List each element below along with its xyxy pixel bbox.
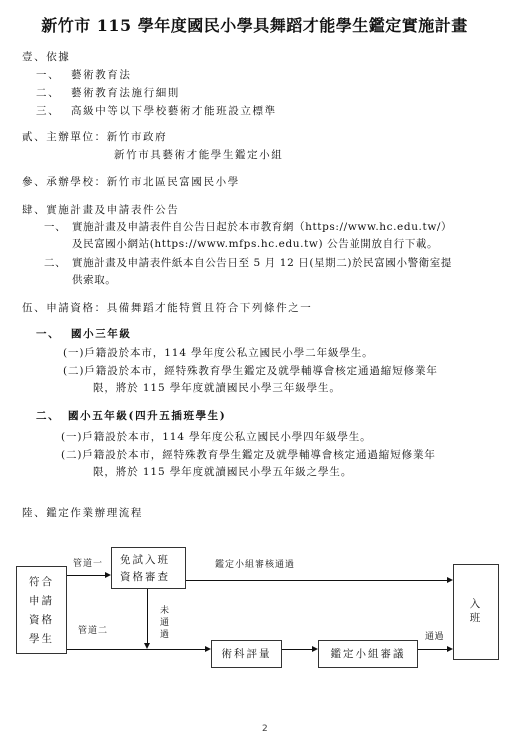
- section-1-item-3-num: 三、: [36, 104, 60, 118]
- flow-node-applicant: 符合 申請 資格 學生: [16, 566, 67, 654]
- flow-label-channel-one: 管道一: [73, 556, 103, 569]
- flow-node-applicant-line-3: 資格: [29, 611, 54, 630]
- flow-node-applicant-line-4: 學生: [29, 630, 54, 649]
- section-5-group-1-item-2-line-2: 限，將於 115 學年度就讀國民小學三年級學生。: [93, 381, 341, 395]
- flow-label-not-passed-char-3: 過: [160, 629, 170, 641]
- flow-node-committee-review-label: 鑑定小組審議: [331, 648, 406, 660]
- flow-label-not-passed-char-2: 通: [160, 617, 170, 629]
- flow-edge-review-pass: [186, 580, 447, 581]
- flow-edge-not-passed: [147, 589, 148, 643]
- section-4-item-1-num: 一、: [44, 220, 66, 234]
- flow-node-admission: 入 班: [453, 564, 499, 660]
- section-5-group-2-item-2-line-2: 限，將於 115 學年度就讀國民小學五年級之學生。: [93, 465, 352, 479]
- section-1-item-2-num: 二、: [36, 86, 60, 100]
- section-5-group-1-item-1: (一)戶籍設於本市，114 學年度公私立國民小學二年級學生。: [63, 346, 374, 360]
- section-4-item-1-line-1: 實施計畫及申請表件自公告日起於本市教育網（https://www.hc.edu.…: [72, 220, 452, 234]
- flow-node-exempt-screening: 免試入班 資格審查: [111, 547, 186, 589]
- page-number: 2: [262, 724, 268, 734]
- section-5-group-2-title: 國小五年級(四升五插班學生): [68, 409, 226, 423]
- flow-node-applicant-line-1: 符合: [29, 573, 54, 592]
- flow-edge-skill-to-committee: [282, 649, 312, 650]
- section-1-item-1-num: 一、: [36, 68, 60, 82]
- section-4-item-2-line-2: 供索取。: [72, 273, 116, 287]
- section-1-heading: 壹、依據: [22, 50, 70, 64]
- flow-label-channel-two: 管道二: [78, 623, 108, 636]
- section-2-line-2: 新竹市具藝術才能學生鑑定小組: [114, 148, 283, 162]
- section-4-item-1-line-2: 及民富國小網站(https://www.mfps.hc.edu.tw) 公告並開…: [72, 237, 438, 251]
- document-title: 新竹市 115 學年度國民小學具舞蹈才能學生鑑定實施計畫: [0, 13, 509, 36]
- section-5-group-1-item-2-line-1: (二)戶籍設於本市，經特殊教育學生鑑定及就學輔導會核定通過縮短修業年: [63, 364, 438, 378]
- flow-node-admission-line-2: 班: [470, 611, 483, 625]
- flow-label-not-passed-char-1: 未: [160, 605, 170, 617]
- flow-edge-channel-two: [67, 649, 205, 650]
- arrow-right-icon: [447, 646, 453, 652]
- section-4-heading: 肆、實施計畫及申請表件公告: [22, 203, 179, 217]
- flow-node-committee-review: 鑑定小組審議: [318, 640, 418, 668]
- section-2-heading: 貳、主辦單位：新竹市政府: [22, 130, 167, 144]
- section-5-group-2-num: 二、: [36, 409, 60, 423]
- section-1-item-3: 高級中等以下學校藝術才能班設立標準: [71, 104, 277, 118]
- section-5-group-2-item-1: (一)戶籍設於本市，114 學年度公私立國民小學四年級學生。: [61, 430, 372, 444]
- section-5-group-1-num: 一、: [36, 327, 60, 341]
- section-4-item-2-line-1: 實施計畫及申請表件紙本自公告日至 5 月 12 日(星期二)於民富國小警衛室提: [72, 256, 452, 270]
- flow-node-exempt-line-1: 免試入班: [120, 552, 185, 569]
- flow-node-exempt-line-2: 資格審查: [120, 569, 185, 586]
- section-3-heading: 參、承辦學校：新竹市北區民富國民小學: [22, 175, 240, 189]
- flow-edge-passed: [418, 649, 447, 650]
- arrow-right-icon: [447, 577, 453, 583]
- section-1-item-1: 藝術教育法: [71, 68, 132, 82]
- flow-node-admission-line-1: 入: [470, 597, 483, 611]
- flow-label-passed: 通過: [425, 629, 444, 642]
- section-4-item-2-num: 二、: [44, 256, 66, 270]
- section-5-group-1-title: 國小三年級: [71, 327, 132, 341]
- flow-node-skill-test-label: 術科評量: [222, 648, 272, 660]
- flow-edge-channel-one: [67, 575, 105, 576]
- section-6-heading: 陸、鑑定作業辦理流程: [22, 506, 143, 520]
- flow-node-applicant-line-2: 申請: [29, 592, 54, 611]
- section-1-item-2: 藝術教育法施行細則: [71, 86, 180, 100]
- flow-label-review-pass: 鑑定小組審核通過: [215, 557, 295, 570]
- section-5-group-2-item-2-line-1: (二)戶籍設於本市，經特殊教育學生鑑定及就學輔導會核定通過縮短修業年: [61, 448, 436, 462]
- arrow-right-icon: [205, 646, 211, 652]
- section-5-heading: 伍、申請資格：具備舞蹈才能特質且符合下列條件之一: [22, 301, 312, 315]
- flow-label-not-passed: 未 通 過: [160, 605, 170, 641]
- flow-node-skill-test: 術科評量: [211, 640, 282, 668]
- arrow-right-icon: [105, 572, 111, 578]
- arrow-right-icon: [312, 646, 318, 652]
